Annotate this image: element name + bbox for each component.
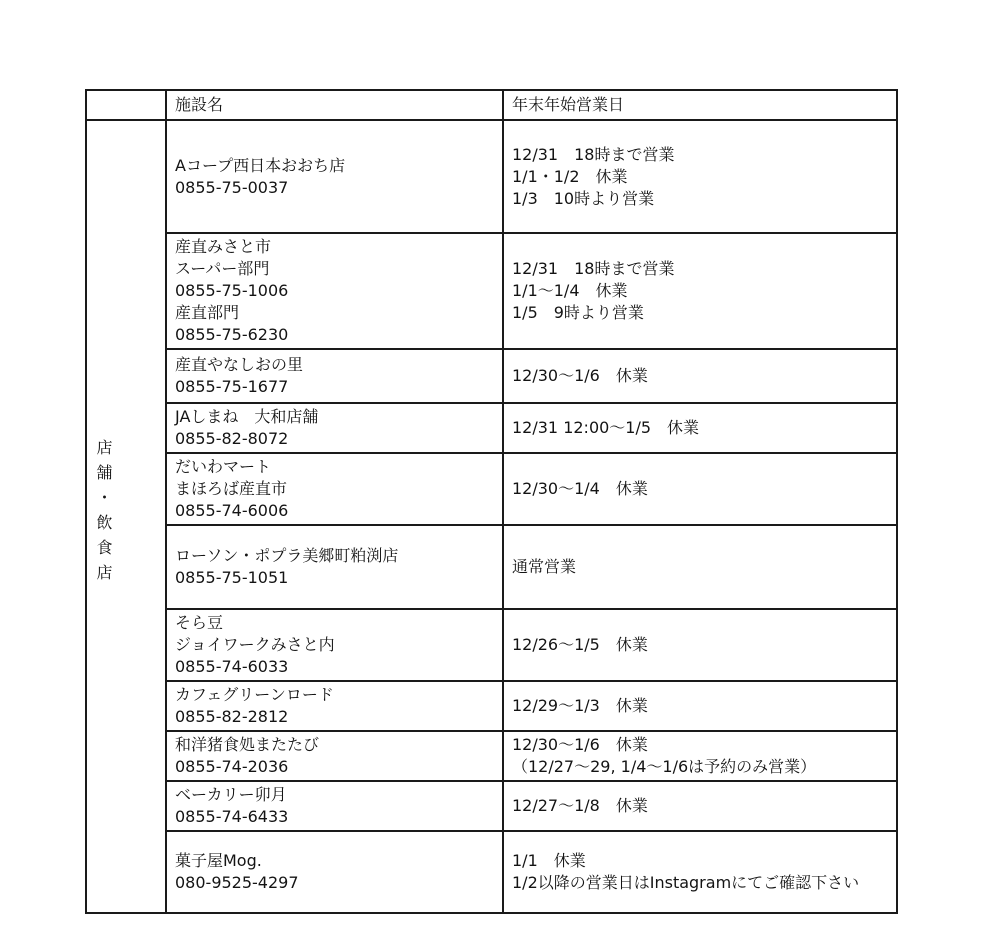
table-row: 店舗・飲食店 Aコープ西日本おおち店 0855-75-0037 12/31 18… <box>86 120 897 233</box>
table-row: そら豆 ジョイワークみさと内 0855-74-6033 12/26～1/5 休業 <box>86 609 897 681</box>
header-facility-name: 施設名 <box>166 90 503 120</box>
facility-cell: Aコープ西日本おおち店 0855-75-0037 <box>166 120 503 233</box>
category-cell: 店舗・飲食店 <box>86 120 166 913</box>
table-row: ローソン・ポプラ美郷町粕渕店 0855-75-1051 通常営業 <box>86 525 897 609</box>
table-row: 和洋猪食処またたび 0855-74-2036 12/30～1/6 休業 （12/… <box>86 731 897 781</box>
hours-cell: 通常営業 <box>503 525 897 609</box>
table-row: 産直みさと市 スーパー部門 0855-75-1006 産直部門 0855-75-… <box>86 233 897 349</box>
corner-cell <box>86 90 166 120</box>
table-row: だいわマート まほろば産直市 0855-74-6006 12/30～1/4 休業 <box>86 453 897 525</box>
facility-cell: JAしまね 大和店舗 0855-82-8072 <box>166 403 503 453</box>
table-row: ベーカリー卯月 0855-74-6433 12/27～1/8 休業 <box>86 781 897 831</box>
facility-cell: ベーカリー卯月 0855-74-6433 <box>166 781 503 831</box>
hours-cell: 1/1 休業 1/2以降の営業日はInstagramにてご確認下さい <box>503 831 897 913</box>
facility-cell: 和洋猪食処またたび 0855-74-2036 <box>166 731 503 781</box>
hours-cell: 12/30～1/6 休業 <box>503 349 897 403</box>
hours-cell: 12/27～1/8 休業 <box>503 781 897 831</box>
hours-cell: 12/31 18時まで営業 1/1・1/2 休業 1/3 10時より営業 <box>503 120 897 233</box>
facility-cell: 産直やなしおの里 0855-75-1677 <box>166 349 503 403</box>
business-hours-table: 施設名 年末年始営業日 店舗・飲食店 Aコープ西日本おおち店 0855-75-0… <box>85 89 898 914</box>
facility-cell: だいわマート まほろば産直市 0855-74-6006 <box>166 453 503 525</box>
facility-cell: 菓子屋Mog. 080-9525-4297 <box>166 831 503 913</box>
table-row: 産直やなしおの里 0855-75-1677 12/30～1/6 休業 <box>86 349 897 403</box>
hours-cell: 12/31 18時まで営業 1/1～1/4 休業 1/5 9時より営業 <box>503 233 897 349</box>
table-row: JAしまね 大和店舗 0855-82-8072 12/31 12:00～1/5 … <box>86 403 897 453</box>
table-row: 菓子屋Mog. 080-9525-4297 1/1 休業 1/2以降の営業日はI… <box>86 831 897 913</box>
facility-cell: ローソン・ポプラ美郷町粕渕店 0855-75-1051 <box>166 525 503 609</box>
hours-cell: 12/30～1/6 休業 （12/27～29, 1/4～1/6は予約のみ営業） <box>503 731 897 781</box>
hours-cell: 12/26～1/5 休業 <box>503 609 897 681</box>
facility-cell: そら豆 ジョイワークみさと内 0855-74-6033 <box>166 609 503 681</box>
hours-cell: 12/31 12:00～1/5 休業 <box>503 403 897 453</box>
facility-cell: カフェグリーンロード 0855-82-2812 <box>166 681 503 731</box>
business-hours-table-container: 施設名 年末年始営業日 店舗・飲食店 Aコープ西日本おおち店 0855-75-0… <box>85 89 898 914</box>
header-row: 施設名 年末年始営業日 <box>86 90 897 120</box>
hours-cell: 12/30～1/4 休業 <box>503 453 897 525</box>
facility-cell: 産直みさと市 スーパー部門 0855-75-1006 産直部門 0855-75-… <box>166 233 503 349</box>
category-label: 店舗・飲食店 <box>95 439 111 589</box>
hours-cell: 12/29～1/3 休業 <box>503 681 897 731</box>
header-holiday-hours: 年末年始営業日 <box>503 90 897 120</box>
table-row: カフェグリーンロード 0855-82-2812 12/29～1/3 休業 <box>86 681 897 731</box>
